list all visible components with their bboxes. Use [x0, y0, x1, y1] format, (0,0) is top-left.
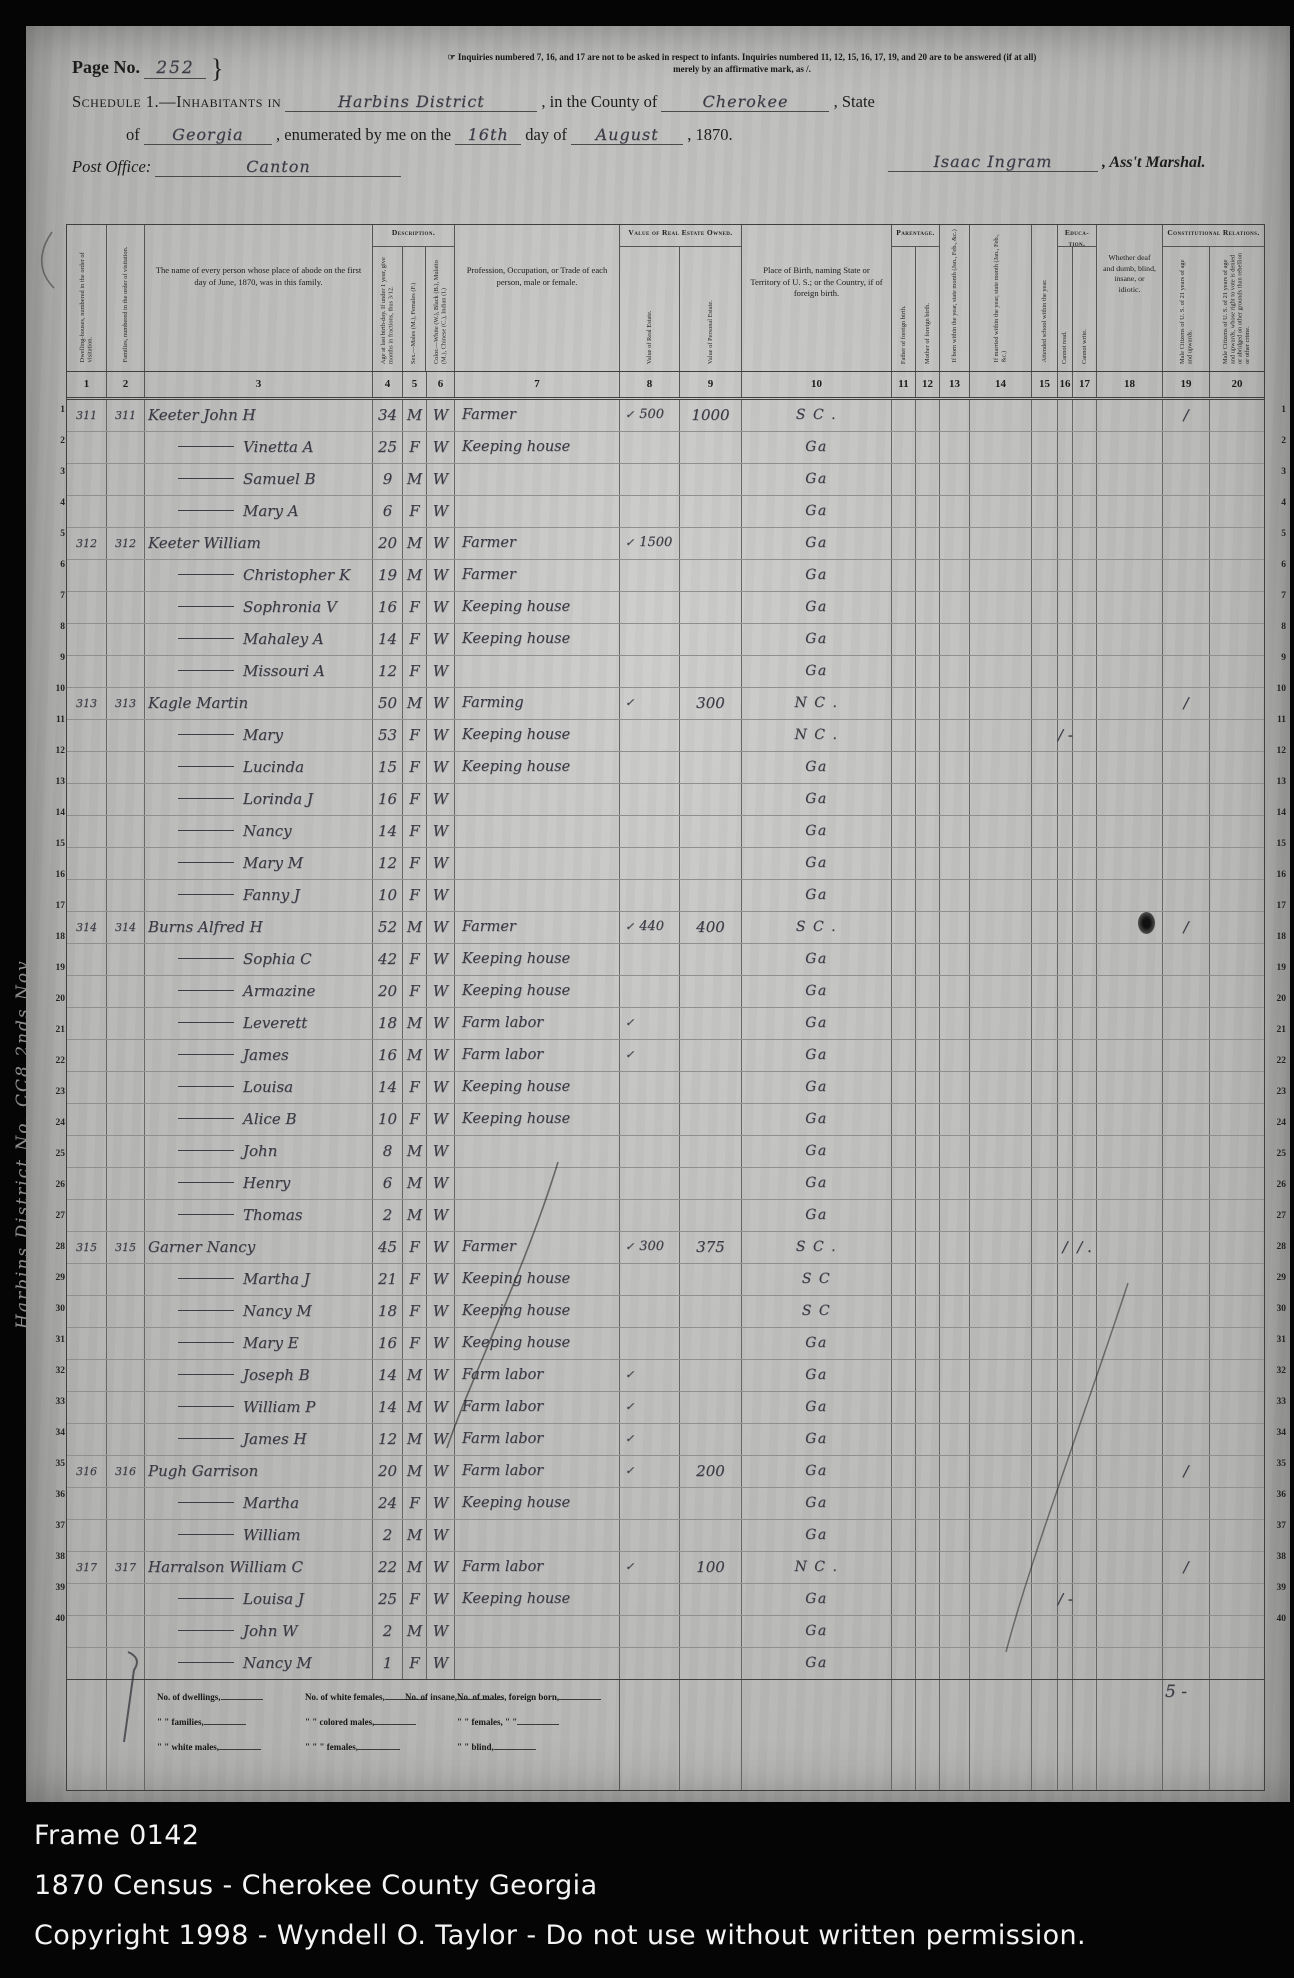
totals-label: " " colored males,	[305, 1715, 457, 1727]
cell-name: Mary E	[145, 1328, 373, 1359]
cell-father-foreign	[892, 1648, 916, 1679]
caption-title: 1870 Census - Cherokee County Georgia	[34, 1870, 1284, 1901]
column-number-15: 15	[1032, 372, 1058, 397]
cell-age: 9	[373, 464, 403, 495]
cell-cannot-read	[1058, 848, 1073, 879]
column-header-9: Value of Personal Estate.	[680, 247, 741, 371]
real-estate-check: ✓	[625, 1560, 634, 1573]
line-number-left: 25	[47, 1149, 65, 1159]
cell-vote-denied	[1210, 1232, 1264, 1263]
totals-insane-text: No. of insane,	[405, 1692, 457, 1702]
cell-deaf-blind	[1097, 1232, 1163, 1263]
table-row: Missouri A12FWGa	[67, 656, 1264, 688]
cell-dwelling	[67, 1072, 107, 1103]
line-number-left: 21	[47, 1025, 65, 1035]
cell-personal-estate	[680, 1104, 742, 1135]
column-description-10: Place of Birth, naming State or Territor…	[742, 225, 891, 300]
cell-married-month	[970, 752, 1032, 783]
cell-cannot-write	[1073, 624, 1097, 655]
line-number-right: 14	[1268, 808, 1286, 818]
cell-family	[107, 624, 145, 655]
ditto-dash	[178, 766, 234, 767]
line-number-left: 16	[47, 870, 65, 880]
ditto-dash	[178, 862, 234, 863]
cell-occupation: Keeping house	[455, 976, 620, 1007]
cell-father-foreign	[892, 496, 916, 527]
cell-personal-estate	[680, 560, 742, 591]
cell-mother-foreign	[916, 752, 940, 783]
cell-age: 2	[373, 1200, 403, 1231]
cell-real-estate	[620, 816, 680, 847]
cell-age: 20	[373, 1456, 403, 1487]
cell-vote-denied	[1210, 496, 1264, 527]
cell-male-citizen: /	[1163, 912, 1210, 943]
cell-occupation: Keeping house	[455, 432, 620, 463]
cell-father-foreign	[892, 944, 916, 975]
cell-cannot-write	[1073, 880, 1097, 911]
cell-born-month	[940, 1392, 970, 1423]
cell-color: W	[427, 1648, 455, 1679]
cell-attended-school	[1032, 848, 1058, 879]
cell-real-estate: ✓	[620, 688, 680, 719]
ditto-dash	[178, 1086, 234, 1087]
cell-married-month	[970, 624, 1032, 655]
cell-born-month	[940, 1616, 970, 1647]
header-group-constitutional: Constitutional Relations.Male Citizens o…	[1163, 225, 1264, 371]
cell-birthplace: S C .	[742, 912, 892, 943]
cell-birthplace: Ga	[742, 1584, 892, 1615]
cell-cannot-write: / .	[1073, 1232, 1097, 1263]
cell-occupation: Farm labor	[455, 1392, 620, 1423]
column-header-10: Place of Birth, naming State or Territor…	[742, 225, 892, 371]
cell-father-foreign	[892, 560, 916, 591]
cell-male-citizen: /	[1163, 1456, 1210, 1487]
cell-name: Mary	[145, 720, 373, 751]
cell-father-foreign	[892, 976, 916, 1007]
cell-family	[107, 1392, 145, 1423]
column-header-2: Families, numbered in the order of visit…	[107, 225, 145, 371]
cell-mother-foreign	[916, 624, 940, 655]
cell-married-month	[970, 592, 1032, 623]
cell-male-citizen	[1163, 1296, 1210, 1327]
cell-real-estate: ✓1500	[620, 528, 680, 559]
cell-born-month	[940, 592, 970, 623]
cell-born-month	[940, 880, 970, 911]
ditto-dash	[178, 638, 234, 639]
cell-vote-denied	[1210, 816, 1264, 847]
cell-male-citizen	[1163, 496, 1210, 527]
cell-real-estate	[620, 1200, 680, 1231]
ditto-dash	[178, 1374, 234, 1375]
cell-born-month	[940, 1520, 970, 1551]
line-number-right: 7	[1268, 591, 1286, 601]
cell-name: Nancy M	[145, 1296, 373, 1327]
cell-father-foreign	[892, 784, 916, 815]
cell-sex: F	[403, 624, 427, 655]
cell-vote-denied	[1210, 1392, 1264, 1423]
cell-age: 20	[373, 976, 403, 1007]
column-description-18: Whether deaf and dumb, blind, insane, or…	[1097, 225, 1162, 295]
cell-birthplace: Ga	[742, 1616, 892, 1647]
cell-married-month	[970, 560, 1032, 591]
cell-color: W	[427, 1456, 455, 1487]
table-row: Thomas2MWGa	[67, 1200, 1264, 1232]
column-description-17: Cannot write.	[1081, 250, 1088, 364]
cell-mother-foreign	[916, 1584, 940, 1615]
cell-sex: M	[403, 1136, 427, 1167]
cell-cannot-write	[1073, 1264, 1097, 1295]
totals-label-text: " " females, " "	[457, 1717, 517, 1727]
table-row: Mary53FWKeeping houseN C ./ -	[67, 720, 1264, 752]
ditto-dash	[178, 510, 234, 511]
line-number-right: 9	[1268, 653, 1286, 663]
cell-cannot-read	[1058, 592, 1073, 623]
group-cols-value_owned: Value of Real Estate.Value of Personal E…	[620, 247, 741, 371]
cell-name: Pugh Garrison	[145, 1456, 373, 1487]
cell-color: W	[427, 1552, 455, 1583]
column-header-11: Father of foreign birth.	[892, 247, 916, 371]
cell-sex: F	[403, 1584, 427, 1615]
line-number-right: 33	[1268, 1397, 1286, 1407]
line-number-right: 39	[1268, 1583, 1286, 1593]
cell-name: Louisa J	[145, 1584, 373, 1615]
person-name: Alice B	[243, 1110, 297, 1128]
cell-real-estate: ✓300	[620, 1232, 680, 1263]
cell-dwelling	[67, 496, 107, 527]
cell-vote-denied	[1210, 1136, 1264, 1167]
cell-color: W	[427, 688, 455, 719]
totals-empty-col	[67, 1680, 107, 1790]
cell-birthplace: N C .	[742, 1552, 892, 1583]
cell-sex: F	[403, 880, 427, 911]
cell-age: 19	[373, 560, 403, 591]
cell-born-month	[940, 688, 970, 719]
line-number-right: 15	[1268, 839, 1286, 849]
cell-male-citizen	[1163, 1168, 1210, 1199]
cell-dwelling	[67, 1328, 107, 1359]
cell-father-foreign	[892, 592, 916, 623]
cell-deaf-blind	[1097, 976, 1163, 1007]
cell-mother-foreign	[916, 912, 940, 943]
person-name: Sophronia V	[243, 598, 337, 616]
cell-dwelling	[67, 1648, 107, 1679]
cell-occupation: Keeping house	[455, 1072, 620, 1103]
cell-age: 8	[373, 1136, 403, 1167]
line-number-right: 37	[1268, 1521, 1286, 1531]
line-number-right: 13	[1268, 777, 1286, 787]
cell-cannot-write	[1073, 1296, 1097, 1327]
cell-occupation: Keeping house	[455, 1296, 620, 1327]
cell-male-citizen	[1163, 784, 1210, 815]
line-number-left: 38	[47, 1552, 65, 1562]
cell-married-month	[970, 1040, 1032, 1071]
cell-deaf-blind	[1097, 1264, 1163, 1295]
cell-male-citizen	[1163, 752, 1210, 783]
line-number-left: 14	[47, 808, 65, 818]
cell-name: Missouri A	[145, 656, 373, 687]
cell-vote-denied	[1210, 1072, 1264, 1103]
cell-father-foreign	[892, 1040, 916, 1071]
cell-age: 10	[373, 880, 403, 911]
cell-personal-estate	[680, 1296, 742, 1327]
cell-birthplace: Ga	[742, 1136, 892, 1167]
cell-born-month	[940, 912, 970, 943]
cell-deaf-blind	[1097, 816, 1163, 847]
cell-age: 16	[373, 1040, 403, 1071]
cell-male-citizen	[1163, 816, 1210, 847]
totals-blank-line	[559, 1690, 601, 1700]
cell-male-citizen	[1163, 1616, 1210, 1647]
cell-family	[107, 1616, 145, 1647]
cell-deaf-blind	[1097, 1360, 1163, 1391]
cell-attended-school	[1032, 1488, 1058, 1519]
cell-cannot-write	[1073, 1584, 1097, 1615]
cell-age: 14	[373, 816, 403, 847]
cell-personal-estate	[680, 880, 742, 911]
cell-dwelling	[67, 592, 107, 623]
cell-family	[107, 1008, 145, 1039]
cell-name: Fanny J	[145, 880, 373, 911]
cell-cannot-read	[1058, 1328, 1073, 1359]
cell-real-estate: ✓	[620, 1040, 680, 1071]
cell-deaf-blind	[1097, 720, 1163, 751]
table-row: Vinetta A25FWKeeping houseGa	[67, 432, 1264, 464]
table-row: William P14MWFarm labor✓Ga	[67, 1392, 1264, 1424]
marshal-name: Isaac Ingram	[888, 152, 1098, 172]
cell-real-estate	[620, 1584, 680, 1615]
cell-personal-estate	[680, 1520, 742, 1551]
cell-father-foreign	[892, 1584, 916, 1615]
cell-vote-denied	[1210, 1456, 1264, 1487]
cell-male-citizen	[1163, 464, 1210, 495]
table-row: Nancy M1FWGa	[67, 1648, 1264, 1680]
column-number-10: 10	[742, 372, 892, 397]
cell-sex: M	[403, 1456, 427, 1487]
cell-married-month	[970, 816, 1032, 847]
cell-vote-denied	[1210, 848, 1264, 879]
cell-attended-school	[1032, 816, 1058, 847]
cell-dwelling	[67, 464, 107, 495]
cell-married-month	[970, 400, 1032, 431]
cell-vote-denied	[1210, 1424, 1264, 1455]
table-row: John W2MWGa	[67, 1616, 1264, 1648]
line-number-left: 35	[47, 1459, 65, 1469]
cell-father-foreign	[892, 752, 916, 783]
cell-personal-estate	[680, 1136, 742, 1167]
cell-color: W	[427, 944, 455, 975]
totals-label: " " blind,	[457, 1740, 632, 1752]
totals-line: " " white males," " " females," " blind,	[157, 1740, 615, 1752]
cell-married-month	[970, 464, 1032, 495]
real-estate-value: 440	[639, 919, 664, 934]
cell-occupation: Farmer	[455, 528, 620, 559]
cell-color: W	[427, 1584, 455, 1615]
cell-father-foreign	[892, 1424, 916, 1455]
table-row: Sophia C42FWKeeping houseGa	[67, 944, 1264, 976]
cell-personal-estate	[680, 1008, 742, 1039]
cell-born-month	[940, 784, 970, 815]
cell-vote-denied	[1210, 592, 1264, 623]
cell-occupation: Keeping house	[455, 752, 620, 783]
cell-family	[107, 1040, 145, 1071]
cell-born-month	[940, 1104, 970, 1135]
column-description-2: Families, numbered in the order of visit…	[122, 228, 129, 362]
line-number-left: 34	[47, 1428, 65, 1438]
cell-real-estate	[620, 944, 680, 975]
cell-married-month	[970, 880, 1032, 911]
cell-cannot-read	[1058, 1520, 1073, 1551]
line-number-left: 5	[47, 529, 65, 539]
line-number-left: 9	[47, 653, 65, 663]
cell-age: 1	[373, 1648, 403, 1679]
totals-blank-line	[457, 1690, 503, 1700]
cell-cannot-read	[1058, 1392, 1073, 1423]
totals-blank-line	[517, 1715, 559, 1725]
cell-dwelling: 313	[67, 688, 107, 719]
cell-mother-foreign	[916, 944, 940, 975]
cell-deaf-blind	[1097, 1456, 1163, 1487]
cell-personal-estate	[680, 592, 742, 623]
table-row: Mary A6FWGa	[67, 496, 1264, 528]
totals-label-text: " " families,	[157, 1717, 204, 1727]
column-header-16: Cannot read.	[1058, 247, 1073, 371]
cell-cannot-write	[1073, 496, 1097, 527]
column-header-3: The name of every person whose place of …	[145, 225, 373, 371]
cell-born-month	[940, 1328, 970, 1359]
person-name: Martha	[243, 1494, 299, 1512]
ditto-dash	[178, 1662, 234, 1663]
cell-occupation	[455, 816, 620, 847]
cell-mother-foreign	[916, 1232, 940, 1263]
cell-sex: F	[403, 656, 427, 687]
table-row: 312312Keeter William20MWFarmer✓1500Ga	[67, 528, 1264, 560]
column-header-18: Whether deaf and dumb, blind, insane, or…	[1097, 225, 1163, 371]
column-number-9: 9	[680, 372, 742, 397]
cell-deaf-blind	[1097, 432, 1163, 463]
cell-sex: F	[403, 1488, 427, 1519]
cell-born-month	[940, 816, 970, 847]
cell-vote-denied	[1210, 560, 1264, 591]
cell-age: 25	[373, 432, 403, 463]
cell-birthplace: N C .	[742, 688, 892, 719]
line-number-left: 23	[47, 1087, 65, 1097]
cell-sex: M	[403, 1520, 427, 1551]
cell-color: W	[427, 1168, 455, 1199]
totals-label-text: No. of dwellings,	[157, 1692, 221, 1702]
table-body: 311311Keeter John H34MWFarmer✓5001000S C…	[67, 400, 1264, 1680]
cell-vote-denied	[1210, 1296, 1264, 1327]
cell-color: W	[427, 560, 455, 591]
person-name: Lucinda	[243, 758, 304, 776]
cell-male-citizen	[1163, 1520, 1210, 1551]
cell-cannot-read	[1058, 1040, 1073, 1071]
cell-name: Leverett	[145, 1008, 373, 1039]
cell-birthplace: S C .	[742, 1232, 892, 1263]
cell-family: 317	[107, 1552, 145, 1583]
cell-color: W	[427, 496, 455, 527]
cell-deaf-blind	[1097, 592, 1163, 623]
person-name: Nancy M	[243, 1302, 312, 1320]
cell-deaf-blind	[1097, 1328, 1163, 1359]
cell-color: W	[427, 784, 455, 815]
person-name: Lorinda J	[243, 790, 313, 808]
cell-cannot-write	[1073, 1456, 1097, 1487]
cell-family	[107, 432, 145, 463]
cell-personal-estate: 200	[680, 1456, 742, 1487]
cell-personal-estate	[680, 1072, 742, 1103]
line-number-right: 22	[1268, 1056, 1286, 1066]
cell-father-foreign	[892, 688, 916, 719]
cell-family	[107, 592, 145, 623]
cell-father-foreign	[892, 528, 916, 559]
cell-color: W	[427, 1360, 455, 1391]
cell-real-estate	[620, 720, 680, 751]
cell-color: W	[427, 1424, 455, 1455]
cell-occupation: Keeping house	[455, 1328, 620, 1359]
cell-personal-estate	[680, 1616, 742, 1647]
table-row: Nancy M18FWKeeping houseS C	[67, 1296, 1264, 1328]
cell-born-month	[940, 1584, 970, 1615]
cell-born-month	[940, 1456, 970, 1487]
cell-name: Garner Nancy	[145, 1232, 373, 1263]
cell-cannot-read	[1058, 1008, 1073, 1039]
cell-attended-school	[1032, 1072, 1058, 1103]
column-description-13: If born within the year, state month (Ja…	[951, 228, 958, 362]
cell-married-month	[970, 1264, 1032, 1295]
totals-label-text: " " " females,	[305, 1742, 358, 1752]
cell-name: Martha J	[145, 1264, 373, 1295]
cell-personal-estate	[680, 1424, 742, 1455]
cell-cannot-read: / -	[1058, 720, 1073, 751]
cell-attended-school	[1032, 1360, 1058, 1391]
cell-deaf-blind	[1097, 1584, 1163, 1615]
cell-birthplace: Ga	[742, 880, 892, 911]
cell-deaf-blind	[1097, 1072, 1163, 1103]
table-header: Dwelling-houses, numbered in the order o…	[67, 225, 1264, 372]
cell-cannot-read	[1058, 1296, 1073, 1327]
cell-occupation: Keeping house	[455, 1584, 620, 1615]
cell-mother-foreign	[916, 1008, 940, 1039]
cell-sex: F	[403, 496, 427, 527]
cell-real-estate: ✓	[620, 1008, 680, 1039]
cell-mother-foreign	[916, 848, 940, 879]
cell-mother-foreign	[916, 464, 940, 495]
cell-occupation	[455, 1168, 620, 1199]
cell-deaf-blind	[1097, 1520, 1163, 1551]
cell-father-foreign	[892, 1616, 916, 1647]
line-number-right: 2	[1268, 436, 1286, 446]
cell-name: Mary A	[145, 496, 373, 527]
cell-cannot-write	[1073, 400, 1097, 431]
table-row: Samuel B9MWGa	[67, 464, 1264, 496]
person-name: Sophia C	[243, 950, 312, 968]
cell-birthplace: S C	[742, 1296, 892, 1327]
cell-married-month	[970, 1168, 1032, 1199]
line-number-left: 13	[47, 777, 65, 787]
totals-row: 5 - No. of dwellings,No. of white female…	[67, 1680, 1264, 1790]
ditto-dash	[178, 1118, 234, 1119]
column-header-7: Profession, Occupation, or Trade of each…	[455, 225, 620, 371]
header-group-education: Educa- tion.Cannot read.Cannot write.	[1058, 225, 1097, 371]
cell-personal-estate: 375	[680, 1232, 742, 1263]
cell-name: Nancy	[145, 816, 373, 847]
cell-vote-denied	[1210, 976, 1264, 1007]
person-name: Harralson William C	[148, 1558, 303, 1576]
cell-born-month	[940, 528, 970, 559]
cell-father-foreign	[892, 1200, 916, 1231]
cell-male-citizen	[1163, 720, 1210, 751]
cell-cannot-read	[1058, 688, 1073, 719]
